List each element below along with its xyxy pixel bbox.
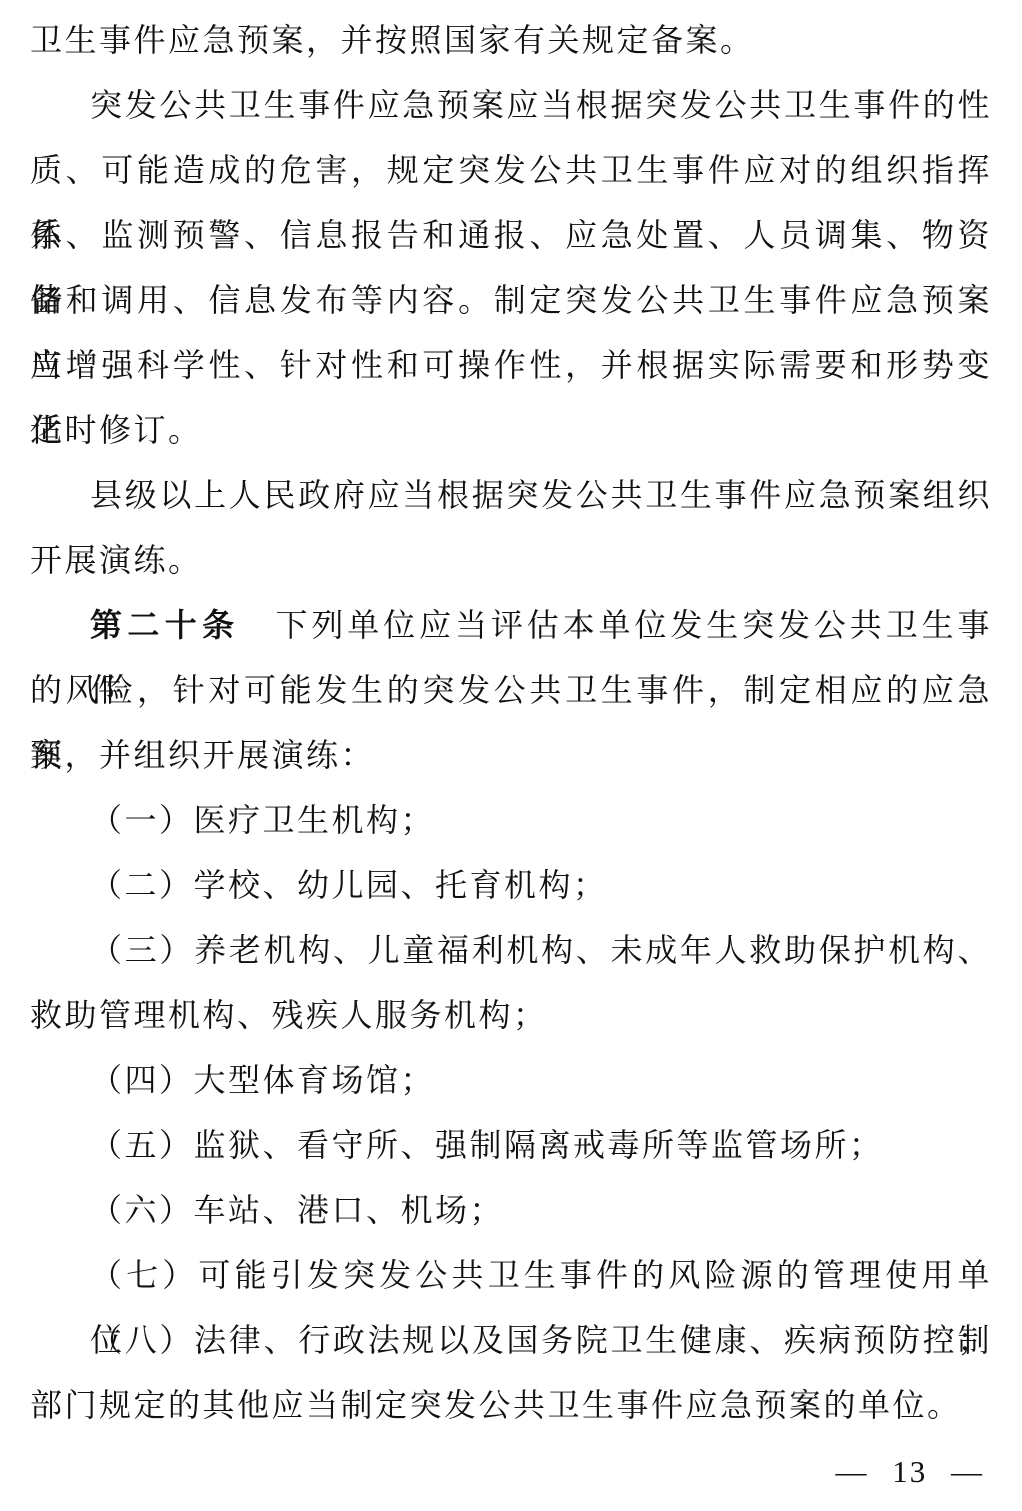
document-body: 卫生事件应急预案，并按照国家有关规定备案。突发公共卫生事件应急预案应当根据突发公… bbox=[30, 8, 992, 1438]
text-line: 卫生事件应急预案，并按照国家有关规定备案。 bbox=[30, 8, 992, 73]
text-line: （三）养老机构、儿童福利机构、未成年人救助保护机构、 bbox=[30, 918, 992, 983]
text-line: （六）车站、港口、机场； bbox=[30, 1178, 992, 1243]
text-line: 救助管理机构、残疾人服务机构； bbox=[30, 983, 992, 1048]
text-segment: 部门规定的其他应当制定突发公共卫生事件应急预案的单位。 bbox=[30, 1387, 962, 1423]
text-segment: （一）医疗卫生机构； bbox=[90, 802, 435, 838]
text-segment: 县级以上人民政府应当根据突发公共卫生事件应急预案组织 bbox=[90, 477, 992, 513]
text-line: 突发公共卫生事件应急预案应当根据突发公共卫生事件的性 bbox=[30, 73, 992, 138]
text-line: 备和调用、信息发布等内容。制定突发公共卫生事件应急预案应 bbox=[30, 268, 992, 333]
text-line: （五）监狱、看守所、强制隔离戒毒所等监管场所； bbox=[30, 1113, 992, 1178]
text-segment: （三）养老机构、儿童福利机构、未成年人救助保护机构、 bbox=[90, 932, 992, 968]
text-line: 开展演练。 bbox=[30, 528, 992, 593]
text-line: 适时修订。 bbox=[30, 398, 992, 463]
text-line: （八）法律、行政法规以及国务院卫生健康、疾病预防控制 bbox=[30, 1308, 992, 1373]
text-line: 部门规定的其他应当制定突发公共卫生事件应急预案的单位。 bbox=[30, 1373, 992, 1438]
text-line: （二）学校、幼儿园、托育机构； bbox=[30, 853, 992, 918]
text-segment: （五）监狱、看守所、强制隔离戒毒所等监管场所； bbox=[90, 1127, 884, 1163]
document-page: 卫生事件应急预案，并按照国家有关规定备案。突发公共卫生事件应急预案应当根据突发公… bbox=[0, 0, 1022, 1511]
text-segment: （四）大型体育场馆； bbox=[90, 1062, 435, 1098]
text-segment: （八）法律、行政法规以及国务院卫生健康、疾病预防控制 bbox=[90, 1322, 992, 1358]
text-line: 系、监测预警、信息报告和通报、应急处置、人员调集、物资储 bbox=[30, 203, 992, 268]
text-segment: 开展演练。 bbox=[30, 542, 203, 578]
text-segment: （二）学校、幼儿园、托育机构； bbox=[90, 867, 608, 903]
text-segment: 卫生事件应急预案，并按照国家有关规定备案。 bbox=[30, 22, 755, 58]
text-line: 县级以上人民政府应当根据突发公共卫生事件应急预案组织 bbox=[30, 463, 992, 528]
text-segment: 突发公共卫生事件应急预案应当根据突发公共卫生事件的性 bbox=[90, 87, 992, 123]
article-number-heading: 第二十条 bbox=[90, 607, 240, 643]
text-line: 当增强科学性、针对性和可操作性，并根据实际需要和形势变化 bbox=[30, 333, 992, 398]
text-line: （七）可能引发突发公共卫生事件的风险源的管理使用单位； bbox=[30, 1243, 992, 1308]
text-line: （四）大型体育场馆； bbox=[30, 1048, 992, 1113]
text-line: 质、可能造成的危害，规定突发公共卫生事件应对的组织指挥体 bbox=[30, 138, 992, 203]
page-number: — 13 — bbox=[836, 1456, 985, 1487]
text-line: （一）医疗卫生机构； bbox=[30, 788, 992, 853]
text-segment: 适时修订。 bbox=[30, 412, 203, 448]
text-segment: （六）车站、港口、机场； bbox=[90, 1192, 504, 1228]
text-segment: 案，并组织开展演练： bbox=[30, 737, 375, 773]
text-line: 第二十条 下列单位应当评估本单位发生突发公共卫生事件 bbox=[30, 593, 992, 658]
text-line: 案，并组织开展演练： bbox=[30, 723, 992, 788]
text-line: 的风险，针对可能发生的突发公共卫生事件，制定相应的应急预 bbox=[30, 658, 992, 723]
text-segment: 救助管理机构、残疾人服务机构； bbox=[30, 997, 548, 1033]
